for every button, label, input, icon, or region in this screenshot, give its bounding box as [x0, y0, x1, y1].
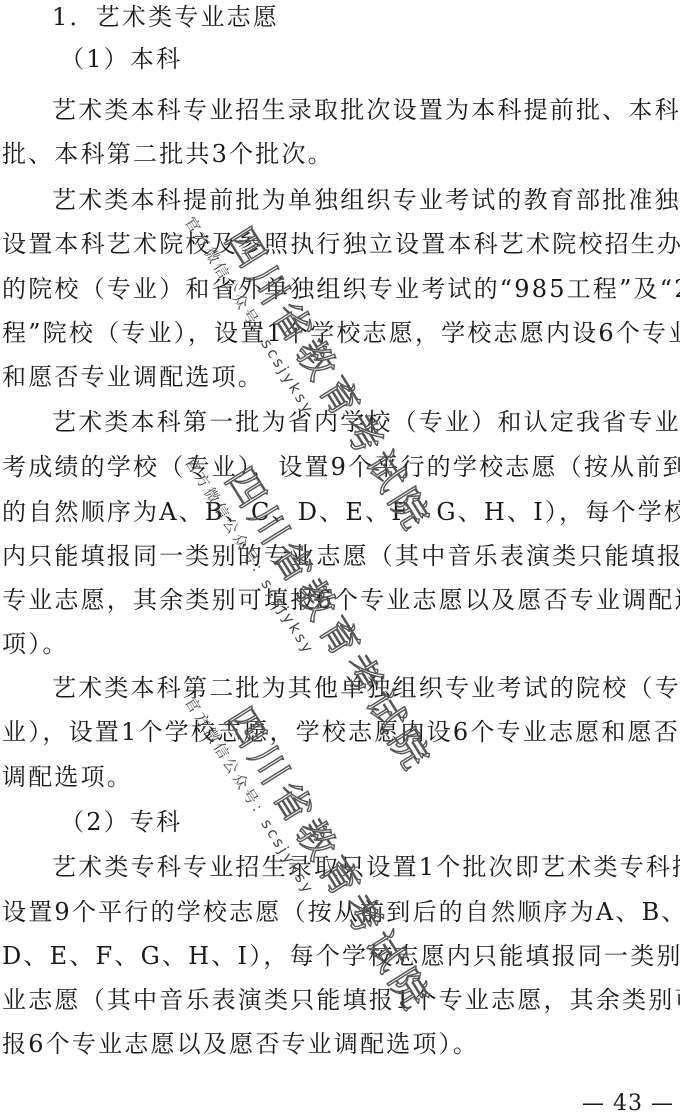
paragraph-line: 业），设置1个学校志愿，学校志愿内设6个专业志愿和愿否专业 [2, 717, 680, 747]
document-page: 1．艺术类专业志愿 （1）本科 艺术类本科专业招生录取批次设置为本科提前批、本科… [0, 0, 680, 1117]
paragraph-line: 设置本科艺术院校及参照执行独立设置本科艺术院校招生办法 [2, 229, 680, 259]
section-heading: 1．艺术类专业志愿 [52, 2, 680, 32]
paragraph-line: 内只能填报同一类别的专业志愿（其中音乐表演类只能填报1个 [2, 541, 680, 571]
paragraph-line: 调配选项。 [2, 762, 680, 792]
subsection-heading-junior-college: （2）专科 [60, 807, 680, 837]
paragraph-line: 程”院校（专业），设置1个学校志愿，学校志愿内设6个专业志愿 [2, 318, 680, 348]
paragraph-line: 设置9个平行的学校志愿（按从前到后的自然顺序为A、B、C、 [2, 897, 680, 927]
paragraph-line: 报6个专业志愿以及愿否专业调配选项）。 [2, 1029, 680, 1059]
paragraph-line: 的院校（专业）和省外单独组织专业考试的“985工程”及“211工 [2, 274, 680, 304]
paragraph-line: 专业志愿，其余类别可填报6个专业志愿以及愿否专业调配选 [2, 585, 680, 615]
page-number: — 43 — [582, 1091, 674, 1116]
paragraph-line: 艺术类本科第一批为省内学校（专业）和认定我省专业统 [52, 407, 680, 437]
paragraph-line: 艺术类专科专业招生录取只设置1个批次即艺术类专科批， [52, 852, 680, 882]
paragraph-line: 业志愿（其中音乐表演类只能填报1个专业志愿，其余类别可填 [2, 985, 680, 1015]
paragraph-line: D、E、F、G、H、I），每个学校志愿内只能填报同一类别的专 [2, 941, 680, 971]
paragraph-line: 考成绩的学校（专业），设置9个平行的学校志愿（按从前到后 [2, 452, 680, 482]
paragraph-line: 和愿否专业调配选项。 [2, 362, 680, 392]
paragraph-line: 艺术类本科第二批为其他单独组织专业考试的院校（专 [52, 673, 680, 703]
paragraph-line: 艺术类本科专业招生录取批次设置为本科提前批、本科第一 [52, 95, 680, 125]
paragraph-line: 的自然顺序为A、B、C、D、E、F、G、H、I），每个学校志愿 [2, 497, 680, 527]
paragraph-line: 批、本科第二批共3个批次。 [2, 139, 680, 169]
paragraph-line: 项）。 [2, 629, 680, 659]
subsection-heading-undergraduate: （1）本科 [60, 44, 680, 74]
paragraph-line: 艺术类本科提前批为单独组织专业考试的教育部批准独立 [52, 185, 680, 215]
